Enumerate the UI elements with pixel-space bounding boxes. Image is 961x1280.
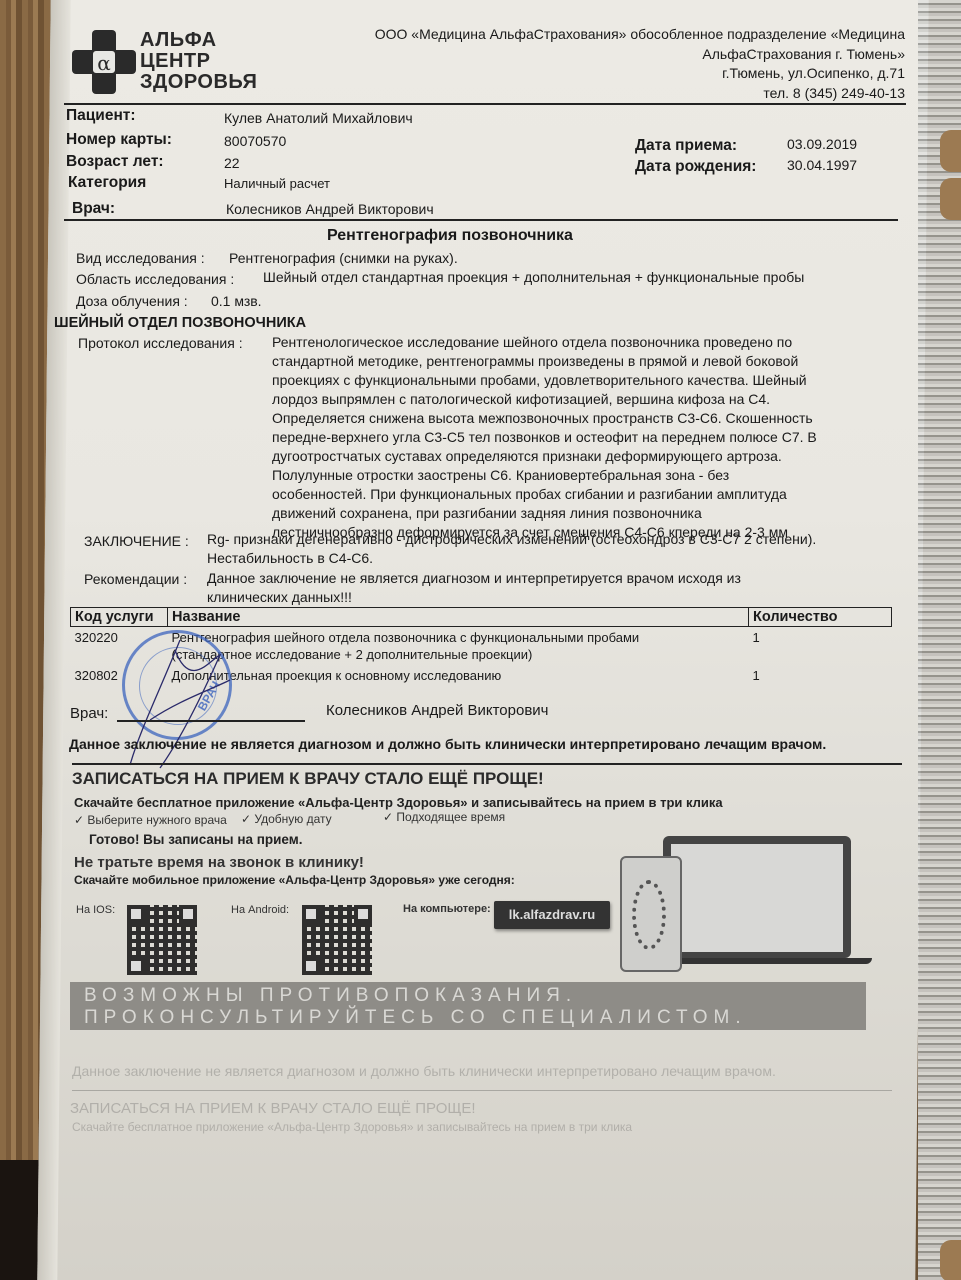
- laptop-base: [650, 958, 872, 964]
- signature-line: [117, 720, 305, 722]
- disclaimer: Данное заключение не является диагнозом …: [69, 736, 826, 752]
- recommendation-line: Данное заключение не является диагнозом …: [207, 569, 741, 588]
- banner-line: ПРОКОНСУЛЬТИРУЙТЕСЬ СО СПЕЦИАЛИСТОМ.: [84, 1007, 866, 1029]
- divider: [64, 219, 898, 221]
- service-quantity: 1: [749, 627, 892, 666]
- protocol-line: лордоз выпрямлен с патологической кифоти…: [272, 390, 817, 409]
- logo-line: ЦЕНТР: [140, 51, 257, 72]
- show-through-text: Данное заключение не является диагнозом …: [72, 1063, 776, 1079]
- recommendation-line: клинических данных!!!: [207, 588, 741, 607]
- website-button[interactable]: lk.alfazdrav.ru: [494, 901, 610, 929]
- age-label: Возраст лет:: [66, 153, 164, 171]
- protocol-line: движений сохранена, при разгибании задня…: [272, 504, 817, 523]
- conclusion-text: Rg- признаки дегенеративно - дистрофичес…: [207, 530, 816, 568]
- contraindications-banner: ВОЗМОЖНЫ ПРОТИВОПОКАЗАНИЯ. ПРОКОНСУЛЬТИР…: [70, 982, 866, 1030]
- conclusion-line: Rg- признаки дегенеративно - дистрофичес…: [207, 530, 816, 549]
- check-label: Удобную дату: [254, 812, 331, 826]
- show-through-divider: [72, 1090, 892, 1091]
- section-title: ШЕЙНЫЙ ОТДЕЛ ПОЗВОНОЧНИКА: [54, 315, 306, 331]
- org-address: г.Тюмень, ул.Осипенко, д.71: [375, 64, 905, 84]
- recommendation-label: Рекомендации :: [84, 571, 187, 587]
- call-subtitle: Скачайте мобильное приложение «Альфа-Цен…: [74, 873, 515, 887]
- alpha-cross-icon: α: [72, 30, 136, 94]
- card-number: 80070570: [224, 133, 286, 149]
- protocol-line: особенностей. При функциональных пробах …: [272, 485, 817, 504]
- conclusion-line: Нестабильность в С4-С6.: [207, 549, 816, 568]
- signature-label: Врач:: [70, 705, 108, 722]
- phone-illustration: [620, 856, 682, 972]
- check-item-time: ✓ Подходящее время: [383, 810, 505, 824]
- android-qr-code[interactable]: [302, 905, 372, 975]
- dose-label: Доза облучения :: [76, 293, 188, 309]
- binder-hole: [940, 178, 961, 220]
- doctor-name: Колесников Андрей Викторович: [226, 201, 434, 217]
- study-title: Рентгенография позвоночника: [327, 227, 573, 245]
- check-icon: ✓: [74, 813, 84, 827]
- computer-label: На компьютере:: [403, 903, 491, 915]
- protocol-line: Определяется снижена высота межпозвоночн…: [272, 409, 817, 428]
- card-label: Номер карты:: [66, 131, 172, 149]
- category-label: Категория: [68, 174, 146, 192]
- org-name: ООО «Медицина АльфаСтрахования» обособле…: [375, 25, 905, 45]
- category-value: Наличный расчет: [224, 176, 330, 191]
- protocol-label: Протокол исследования :: [78, 335, 243, 351]
- service-name: Рентгенография шейного отдела позвоночни…: [168, 627, 749, 666]
- age-value: 22: [224, 155, 240, 171]
- protocol-line: стандартной методике, рентгенограммы про…: [272, 352, 817, 371]
- birth-date-label: Дата рождения:: [635, 158, 756, 176]
- recommendation-text: Данное заключение не является диагнозом …: [207, 569, 741, 607]
- binder-hole: [940, 1240, 961, 1280]
- service-name-line: Дополнительная проекция к основному иссл…: [172, 667, 745, 684]
- visit-date-label: Дата приема:: [635, 137, 737, 155]
- service-name-line: (стандартное исследование + 2 дополнител…: [172, 646, 745, 663]
- show-through-text: Скачайте бесплатное приложение «Альфа-Це…: [72, 1120, 632, 1134]
- study-area-label: Область исследования :: [76, 271, 234, 287]
- study-area: Шейный отдел стандартная проекция + допо…: [263, 269, 804, 285]
- service-quantity: 1: [749, 665, 892, 686]
- divider: [64, 103, 906, 105]
- logo-text: АЛЬФА ЦЕНТР ЗДОРОВЬЯ: [140, 30, 257, 93]
- organization-info: ООО «Медицина АльфаСтрахования» обособле…: [375, 25, 905, 103]
- promo-title: ЗАПИСАТЬСЯ НА ПРИЕМ К ВРАЧУ СТАЛО ЕЩЁ ПР…: [72, 769, 544, 789]
- table-header-row: Код услуги Название Количество: [71, 608, 892, 627]
- check-icon: ✓: [383, 810, 393, 824]
- banner-line: ВОЗМОЖНЫ ПРОТИВОПОКАЗАНИЯ.: [84, 985, 866, 1007]
- patient-label: Пациент:: [66, 107, 136, 125]
- ios-label: На IOS:: [76, 904, 115, 916]
- conclusion-label: ЗАКЛЮЧЕНИЕ :: [84, 533, 189, 549]
- divider: [72, 763, 902, 765]
- header-code: Код услуги: [71, 608, 168, 627]
- dose-value: 0.1 мзв.: [211, 293, 262, 309]
- study-type-label: Вид исследования :: [76, 250, 205, 266]
- laptop-illustration: [663, 836, 851, 958]
- header-quantity: Количество: [749, 608, 892, 627]
- check-icon: ✓: [241, 812, 251, 826]
- logo-line: АЛЬФА: [140, 30, 257, 51]
- patient-name: Кулев Анатолий Михайлович: [224, 110, 413, 126]
- protocol-line: Рентгенологическое исследование шейного …: [272, 333, 817, 352]
- signature-name: Колесников Андрей Викторович: [326, 702, 549, 719]
- service-name: Дополнительная проекция к основному иссл…: [168, 665, 749, 686]
- binder-hole: [940, 130, 961, 172]
- protocol-text: Рентгенологическое исследование шейного …: [272, 333, 817, 542]
- android-label: На Android:: [231, 904, 289, 916]
- protocol-line: передне-верхнего угла С3-С5 тел позвонко…: [272, 428, 817, 447]
- call-title: Не тратьте время на звонок в клинику!: [74, 854, 364, 871]
- protocol-line: проекциях с функциональными пробами, удо…: [272, 371, 817, 390]
- header-name: Название: [168, 608, 749, 627]
- promo-subtitle: Скачайте бесплатное приложение «Альфа-Це…: [74, 795, 723, 810]
- protocol-line: дугоотростчатых суставах определяются пр…: [272, 447, 817, 466]
- service-name-line: Рентгенография шейного отдела позвоночни…: [172, 629, 745, 646]
- check-label: Подходящее время: [396, 810, 505, 824]
- org-phone: тел. 8 (345) 249-40-13: [375, 84, 905, 104]
- birth-date: 30.04.1997: [787, 157, 857, 173]
- check-item-date: ✓ Удобную дату: [241, 812, 332, 826]
- promo-done: Готово! Вы записаны на прием.: [89, 832, 303, 847]
- ios-qr-code[interactable]: [127, 905, 197, 975]
- check-item-doctor: ✓ Выберите нужного врача: [74, 813, 227, 827]
- show-through-text: ЗАПИСАТЬСЯ НА ПРИЕМ К ВРАЧУ СТАЛО ЕЩЁ ПР…: [70, 1100, 476, 1117]
- check-label: Выберите нужного врача: [87, 813, 226, 827]
- org-name-cont: АльфаСтрахования г. Тюмень»: [375, 45, 905, 65]
- doctor-label: Врач:: [72, 200, 115, 218]
- logo-line: ЗДОРОВЬЯ: [140, 72, 257, 93]
- study-type: Рентгенография (снимки на руках).: [229, 250, 458, 266]
- visit-date: 03.09.2019: [787, 136, 857, 152]
- protocol-line: Полулунные отростки заострены С6. Кранио…: [272, 466, 817, 485]
